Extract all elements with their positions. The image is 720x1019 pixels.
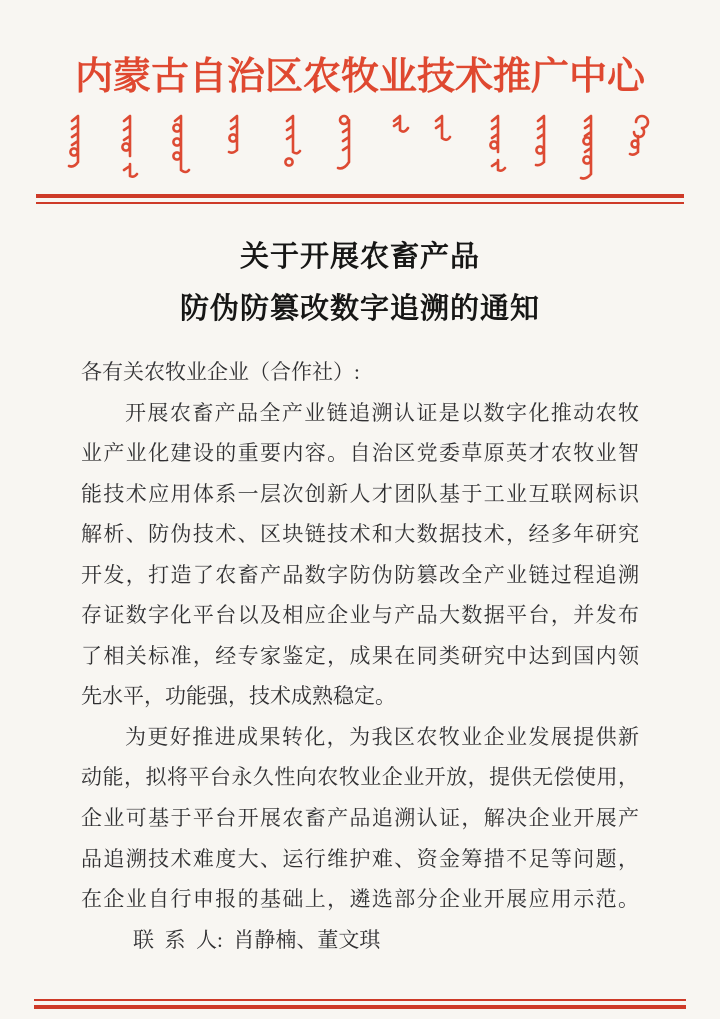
body-line: 存证数字化平台以及相应企业与产品大数据平台，并发布 xyxy=(81,595,639,636)
body-line: 解析、防伪技术、区块链技术和大数据技术，经多年研究 xyxy=(81,514,639,555)
document-title-line-2: 防伪防篡改数字追溯的通知 xyxy=(0,283,720,335)
contact-line: 联 系 人: 肖静楠、董文琪 xyxy=(81,920,639,961)
body-line: 品追溯技术难度大、运行维护难、资金筹措不足等问题， xyxy=(81,839,639,880)
salutation-line: 各有关农牧业企业（合作社）: xyxy=(81,352,639,393)
body-line: 开展农畜产品全产业链追溯认证是以数字化推动农牧 xyxy=(81,393,639,434)
body-line: 开发，打造了农畜产品数字防伪防篡改全产业链过程追溯 xyxy=(81,555,639,596)
document-title: 关于开展农畜产品 防伪防篡改数字追溯的通知 xyxy=(0,231,720,335)
letterhead-org-name: 内蒙古自治区农牧业技术推广中心 xyxy=(0,50,720,104)
body-line: 了相关标准，经专家鉴定，成果在同类研究中达到国内领 xyxy=(81,636,639,677)
footer-rule-thick xyxy=(34,1005,686,1009)
body-line: 为更好推进成果转化，为我区农牧业企业发展提供新 xyxy=(81,717,639,758)
letterhead-rule-thin xyxy=(36,202,684,204)
document-title-line-1: 关于开展农畜产品 xyxy=(0,231,720,283)
footer-rule-thin xyxy=(34,999,686,1001)
body-line: 先水平，功能强，技术成熟稳定。 xyxy=(81,676,639,717)
mongolian-script-decoration xyxy=(68,112,652,184)
letterhead-rule-thick xyxy=(36,194,684,198)
body-line: 动能，拟将平台永久性向农牧业企业开放，提供无偿使用， xyxy=(81,757,639,798)
body-line: 业产业化建设的重要内容。自治区党委草原英才农牧业智 xyxy=(81,433,639,474)
document-body: 各有关农牧业企业（合作社）: 开展农畜产品全产业链追溯认证是以数字化推动农牧 业… xyxy=(81,352,639,960)
body-line: 在企业自行申报的基础上，遴选部分企业开展应用示范。 xyxy=(81,879,639,920)
body-line: 能技术应用体系一层次创新人才团队基于工业互联网标识 xyxy=(81,474,639,515)
document-page: 内蒙古自治区农牧业技术推广中心 xyxy=(0,0,720,1019)
body-line: 企业可基于平台开展农畜产品追溯认证，解决企业开展产 xyxy=(81,798,639,839)
